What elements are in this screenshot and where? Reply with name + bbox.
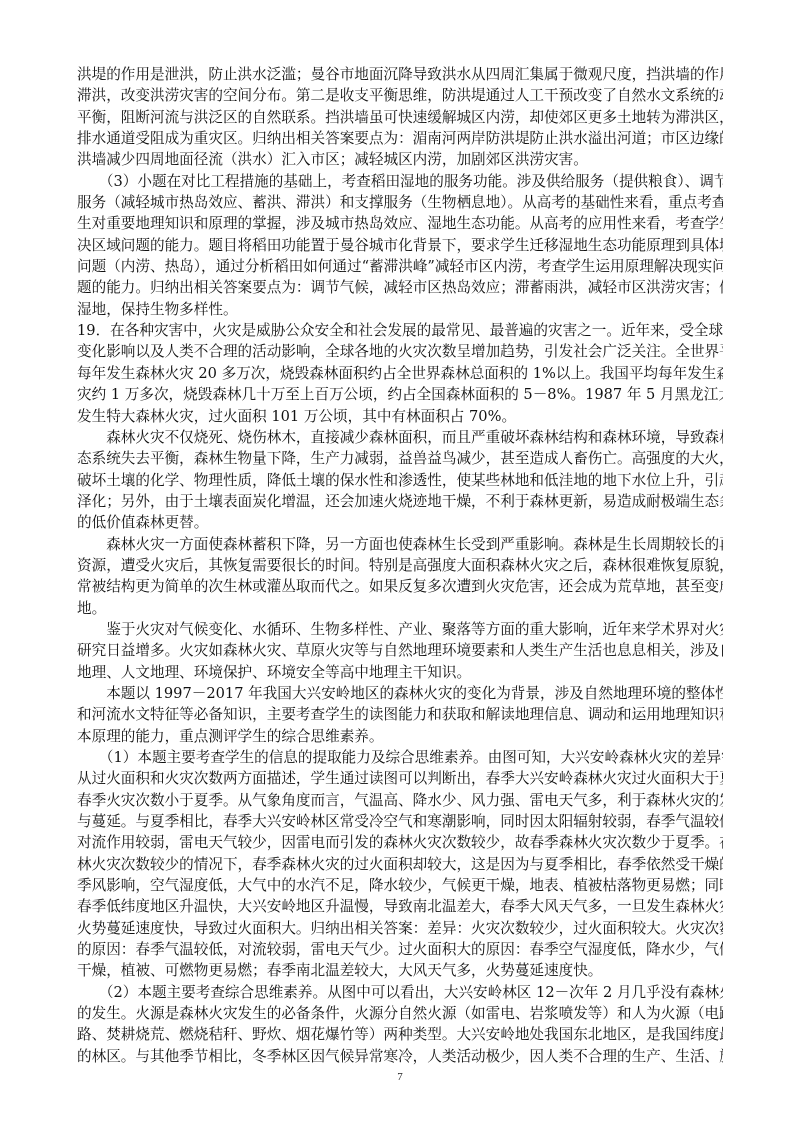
text-line: 的林区。与其他季节相比，冬季林区因气候异常寒冷，人类活动极少，因人类不合理的生产… [77, 1046, 723, 1067]
text-line: 地理、人文地理、环境保护、环境安全等高中地理主干知识。 [77, 662, 723, 683]
text-line: 平衡，阻断河流与洪泛区的自然联系。挡洪墙虽可快速缓解城区内涝，却使郊区更多土地转… [77, 107, 723, 128]
paragraph-forest-damage: 森林火灾不仅烧死、烧伤林木，直接减少森林面积，而且严重破坏森林结构和森林环境，导… [77, 427, 723, 534]
text-line: 路、焚耕烧荒、燃烧秸秆、野炊、烟花爆竹等）两种类型。大兴安岭地处我国东北地区，是… [77, 1024, 723, 1045]
text-line: 研究日益增多。火灾如森林火灾、草原火灾等与自然地理环境要素和人类生产生活也息息相… [77, 640, 723, 661]
text-line: 的发生。火源是森林火灾发生的必备条件，火源分自然火源（如雷电、岩浆喷发等）和人为… [77, 1003, 723, 1024]
text-line: 的原因：春季气温较低，对流较弱，雷电天气少。过火面积大的原因：春季空气湿度低，降… [77, 939, 723, 960]
text-line: 决区域问题的能力。题目将稻田功能置于曼谷城市化背景下，要求学生迁移湿地生态功能原… [77, 235, 723, 256]
text-line: 滞洪，改变洪涝灾害的空间分布。第二是收支平衡思维，防洪堤通过人工干预改变了自然水… [77, 85, 723, 106]
text-line: 洪墙减少四周地面径流（洪水）汇入市区；减轻城区内涝，加剧郊区洪涝灾害。 [77, 149, 723, 170]
paragraph-q2: （2）本题主要考查综合思维素养。从图中可以看出，大兴安岭林区 12－次年 2 月… [77, 982, 723, 1067]
document-page-body: 洪堤的作用是泄洪，防止洪水泛滥；曼谷市地面沉降导致洪水从四周汇集属于微观尺度，挡… [77, 64, 723, 1067]
text-line: （1）本题主要考查学生的信息的提取能力及综合思维素养。由图可知，大兴安岭森林火灾… [77, 747, 723, 768]
text-line: 林火灾次数较少的情况下，春季森林火灾的过火面积却较大，这是因为与夏季相比，春季依… [77, 854, 723, 875]
paragraph-forest-recovery: 森林火灾一方面使森林蓄积下降，另一方面也使森林生长受到严重影响。森林是生长周期较… [77, 534, 723, 619]
text-line: 本题以 1997－2017 年我国大兴安岭地区的森林火灾的变化为背景，涉及自然地… [77, 683, 723, 704]
paragraph-research: 鉴于火灾对气候变化、水循环、生物多样性、产业、聚落等方面的重大影响，近年来学术界… [77, 619, 723, 683]
text-line: 春季低纬度地区升温快，大兴安岭地区升温慢，导致南北温差大，春季大风天气多，一旦发… [77, 896, 723, 917]
text-line: 和河流水文特征等必备知识，主要考查学生的读图能力和获取和解读地理信息、调动和运用… [77, 704, 723, 725]
text-line: 的低价值森林更替。 [77, 512, 723, 533]
paragraph-19-intro: 19．在各种灾害中，火灾是威胁公众安全和社会发展的最常见、最普遍的灾害之一。近年… [77, 320, 723, 427]
text-line: 与蔓延。与夏季相比，春季大兴安岭林区常受冷空气和寒潮影响，同时因太阳辐射较弱，春… [77, 811, 723, 832]
text-line: 从过火面积和火灾次数两方面描述，学生通过读图可以判断出，春季大兴安岭森林火灾过火… [77, 768, 723, 789]
text-line: 春季火灾次数小于夏季。从气象角度而言，气温高、降水少、风力强、雷电天气多，利于森… [77, 790, 723, 811]
text-line: 19．在各种灾害中，火灾是威胁公众安全和社会发展的最常见、最普遍的灾害之一。近年… [77, 320, 723, 341]
paragraph-q3: （3）小题在对比工程措施的基础上，考查稻田湿地的服务功能。涉及供给服务（提供粮食… [77, 171, 723, 320]
text-line: 问题（内涝、热岛），通过分析稻田如何通过“蓄滞洪峰”减轻市区内涝，考查学生运用原… [77, 256, 723, 277]
text-line: 鉴于火灾对气候变化、水循环、生物多样性、产业、聚落等方面的重大影响，近年来学术界… [77, 619, 723, 640]
text-line: 常被结构更为简单的次生林或灌丛取而代之。如果反复多次遭到火灾危害，还会成为荒草地… [77, 576, 723, 597]
text-line: 季风影响，空气湿度低，大气中的水汽不足，降水较少，气候更干燥，地表、植被枯落物更… [77, 875, 723, 896]
text-line: 泽化；另外，由于土壤表面炭化增温，还会加速火烧迹地干燥，不利于森林更新，易造成耐… [77, 491, 723, 512]
text-line: 本原理的能力，重点测评学生的综合思维素养。 [77, 726, 723, 747]
text-line: 破坏土壤的化学、物理性质，降低土壤的保水性和渗透性，使某些林地和低洼地的地下水位… [77, 470, 723, 491]
text-line: 地。 [77, 598, 723, 619]
text-line: 服务（减轻城市热岛效应、蓄洪、滞洪）和支撑服务（生物栖息地）。从高考的基础性来看… [77, 192, 723, 213]
text-line: 森林火灾不仅烧死、烧伤林木，直接减少森林面积，而且严重破坏森林结构和森林环境，导… [77, 427, 723, 448]
text-line: 每年发生森林火灾 20 多万次，烧毁森林面积约占全世界森林总面积的 1%以上。我… [77, 363, 723, 384]
text-line: 洪堤的作用是泄洪，防止洪水泛滥；曼谷市地面沉降导致洪水从四周汇集属于微观尺度，挡… [77, 64, 723, 85]
text-line: 生对重要地理知识和原理的掌握，涉及城市热岛效应、湿地生态功能。从高考的应用性来看… [77, 213, 723, 234]
text-line: （2）本题主要考查综合思维素养。从图中可以看出，大兴安岭林区 12－次年 2 月… [77, 982, 723, 1003]
text-line: 资源，遭受火灾后，其恢复需要很长的时间。特别是高强度大面积森林火灾之后，森林很难… [77, 555, 723, 576]
page-number: 7 [0, 1071, 800, 1083]
text-line: （3）小题在对比工程措施的基础上，考查稻田湿地的服务功能。涉及供给服务（提供粮食… [77, 171, 723, 192]
text-line: 森林火灾一方面使森林蓄积下降，另一方面也使森林生长受到严重影响。森林是生长周期较… [77, 534, 723, 555]
text-line: 干燥，植被、可燃物更易燃；春季南北温差较大，大风天气多，火势蔓延速度快。 [77, 960, 723, 981]
text-line: 题的能力。归纳出相关答案要点为：调节气候，减轻市区热岛效应；滞蓄雨洪，减轻市区洪… [77, 277, 723, 298]
text-line: 火势蔓延速度快，导致过火面积大。归纳出相关答案：差异：火灾次数较少，过火面积较大… [77, 918, 723, 939]
text-line: 变化影响以及人类不合理的活动影响，全球各地的火灾次数呈增加趋势，引发社会广泛关注… [77, 341, 723, 362]
text-line: 态系统失去平衡，森林生物量下降，生产力减弱，益兽益鸟减少，甚至造成人畜伤亡。高强… [77, 448, 723, 469]
text-line: 对流作用较弱，雷电天气较少，因雷电而引发的森林火灾次数较少，故春季森林火灾次数少… [77, 832, 723, 853]
text-line: 灾约 1 万多次，烧毁森林几十万至上百万公顷，约占全国森林面积的 5－8%。19… [77, 384, 723, 405]
paragraph-q1: （1）本题主要考查学生的信息的提取能力及综合思维素养。由图可知，大兴安岭森林火灾… [77, 747, 723, 982]
text-line: 湿地，保持生物多样性。 [77, 299, 723, 320]
text-line: 发生特大森林火灾，过火面积 101 万公顷，其中有林面积占 70%。 [77, 406, 723, 427]
paragraph-continued-flood: 洪堤的作用是泄洪，防止洪水泛滥；曼谷市地面沉降导致洪水从四周汇集属于微观尺度，挡… [77, 64, 723, 171]
paragraph-background: 本题以 1997－2017 年我国大兴安岭地区的森林火灾的变化为背景，涉及自然地… [77, 683, 723, 747]
text-line: 排水通道受阻成为重灾区。归纳出相关答案要点为：湄南河两岸防洪堤防止洪水溢出河道；… [77, 128, 723, 149]
